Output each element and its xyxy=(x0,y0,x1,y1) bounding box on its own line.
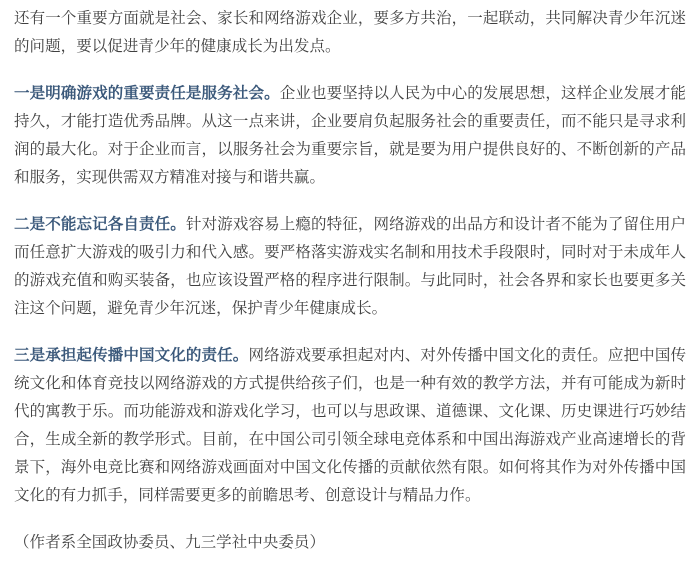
author-note-text: （作者系全国政协委员、九三学社中央委员） xyxy=(14,534,325,551)
section-paragraph-1: 一是明确游戏的重要责任是服务社会。企业也要坚持以人民为中心的发展思想，这样企业发… xyxy=(14,80,686,192)
intro-paragraph: 还有一个重要方面就是社会、家长和网络游戏企业，要多方共治，一起联动，共同解决青少… xyxy=(14,5,686,61)
section-3-text: 网络游戏要承担起对内、对外传播中国文化的责任。应把中国传统文化和体育竞技以网络游… xyxy=(14,347,686,504)
section-paragraph-3: 三是承担起传播中国文化的责任。网络游戏要承担起对内、对外传播中国文化的责任。应把… xyxy=(14,342,686,510)
section-paragraph-2: 二是不能忘记各自责任。针对游戏容易上瘾的特征，网络游戏的出品方和设计者不能为了留… xyxy=(14,211,686,323)
intro-text: 还有一个重要方面就是社会、家长和网络游戏企业，要多方共治，一起联动，共同解决青少… xyxy=(14,10,686,55)
section-2-lead: 二是不能忘记各自责任。 xyxy=(14,216,186,233)
article-body: 还有一个重要方面就是社会、家长和网络游戏企业，要多方共治，一起联动，共同解决青少… xyxy=(0,0,700,557)
section-1-lead: 一是明确游戏的重要责任是服务社会。 xyxy=(14,85,280,102)
author-note: （作者系全国政协委员、九三学社中央委员） xyxy=(14,529,686,557)
section-3-lead: 三是承担起传播中国文化的责任。 xyxy=(14,347,248,364)
